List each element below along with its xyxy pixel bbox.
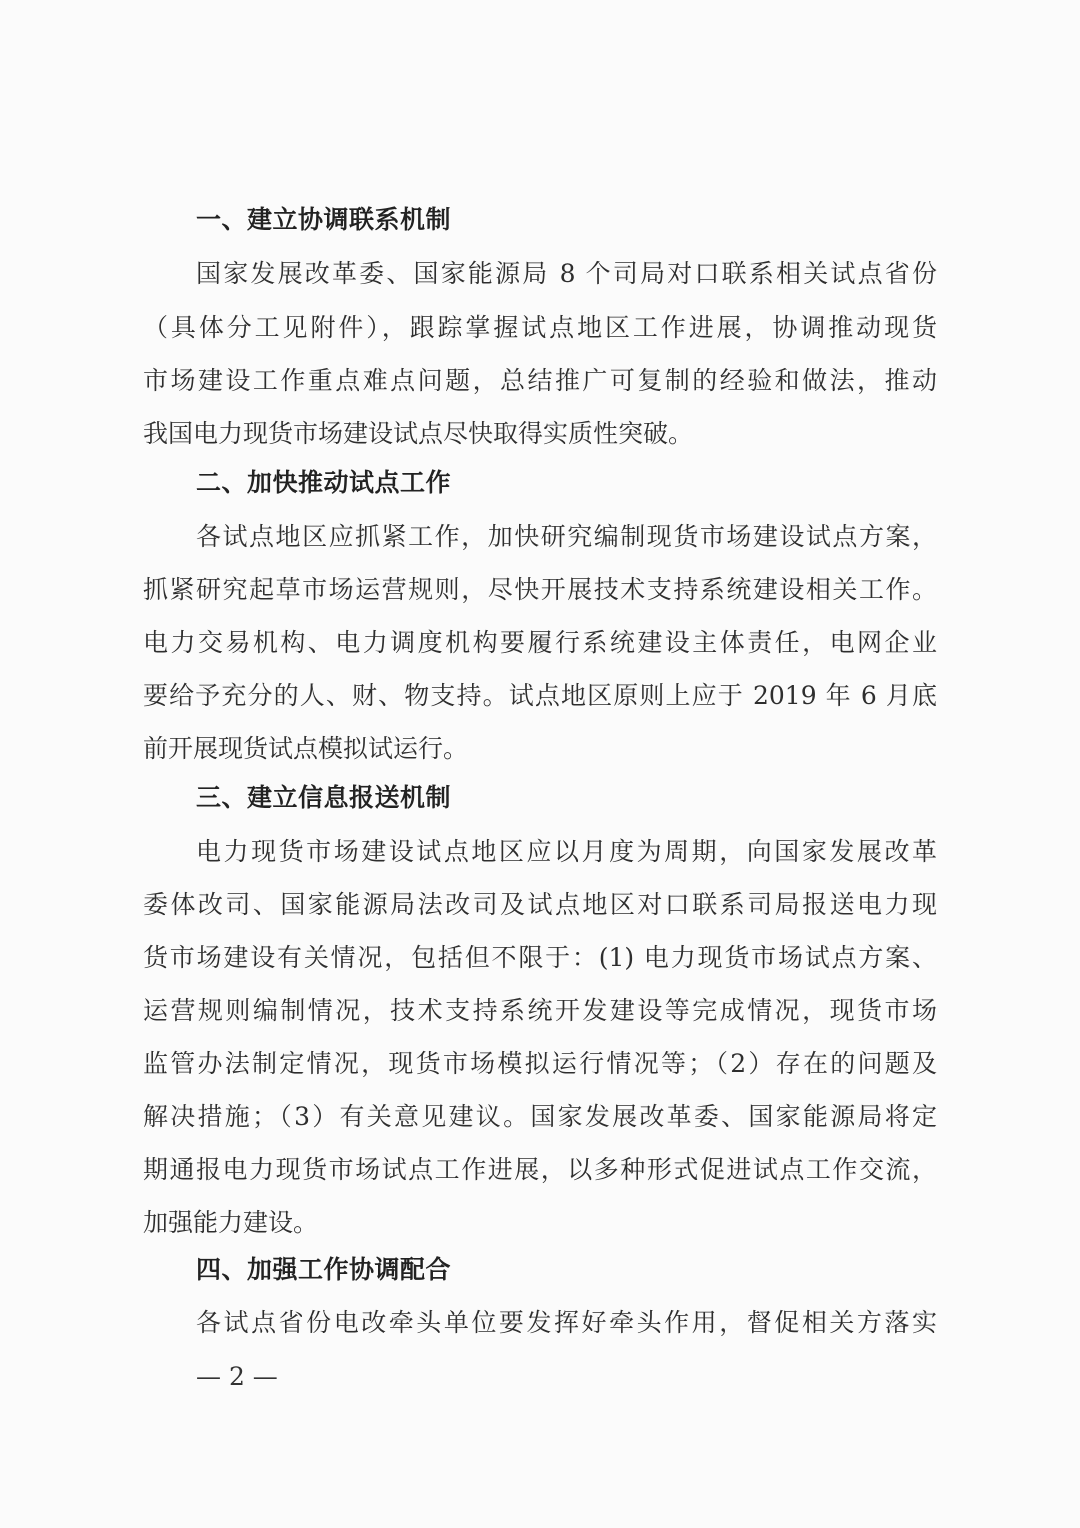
paragraph-line: 监管办法制定情况，现货市场模拟运行情况等；（2）存在的问题及	[143, 1044, 937, 1080]
paragraph-line: 加强能力建设。	[143, 1203, 937, 1239]
paragraph-line: 电力现货市场建设试点地区应以月度为周期，向国家发展改革	[196, 832, 937, 868]
paragraph-line: 期通报电力现货市场试点工作进展，以多种形式促进试点工作交流，	[143, 1150, 937, 1186]
section-heading-3: 三、建立信息报送机制	[196, 778, 451, 814]
paragraph-line: 市场建设工作重点难点问题，总结推广可复制的经验和做法，推动	[143, 361, 937, 397]
page-number: — 2 —	[196, 1362, 278, 1391]
paragraph-line: 电力交易机构、电力调度机构要履行系统建设主体责任，电网企业	[143, 623, 937, 659]
section-heading-1: 一、建立协调联系机制	[196, 200, 451, 236]
paragraph-line: 国家发展改革委、国家能源局 8 个司局对口联系相关试点省份	[196, 254, 937, 290]
paragraph-line: 委体改司、国家能源局法改司及试点地区对口联系司局报送电力现	[143, 885, 937, 921]
section-heading-4: 四、加强工作协调配合	[196, 1250, 451, 1286]
paragraph-line: 各试点地区应抓紧工作，加快研究编制现货市场建设试点方案，	[196, 517, 937, 553]
paragraph-line: 要给予充分的人、财、物支持。试点地区原则上应于 2019 年 6 月底	[143, 676, 937, 712]
paragraph-line: 运营规则编制情况，技术支持系统开发建设等完成情况，现货市场	[143, 991, 937, 1027]
paragraph-line: 前开展现货试点模拟试运行。	[143, 729, 937, 765]
paragraph-line: 抓紧研究起草市场运营规则，尽快开展技术支持系统建设相关工作。	[143, 570, 937, 606]
paragraph-line: 解决措施；（3）有关意见建议。国家发展改革委、国家能源局将定	[143, 1097, 937, 1133]
section-heading-2: 二、加快推动试点工作	[196, 463, 451, 499]
paragraph-line: 各试点省份电改牵头单位要发挥好牵头作用，督促相关方落实	[196, 1303, 937, 1339]
document-page: 一、建立协调联系机制 国家发展改革委、国家能源局 8 个司局对口联系相关试点省份…	[0, 0, 1080, 1528]
paragraph-line: （具体分工见附件），跟踪掌握试点地区工作进展，协调推动现货	[143, 308, 937, 344]
paragraph-line: 我国电力现货市场建设试点尽快取得实质性突破。	[143, 414, 937, 450]
paragraph-line: 货市场建设有关情况，包括但不限于：(1) 电力现货市场试点方案、	[143, 938, 937, 974]
